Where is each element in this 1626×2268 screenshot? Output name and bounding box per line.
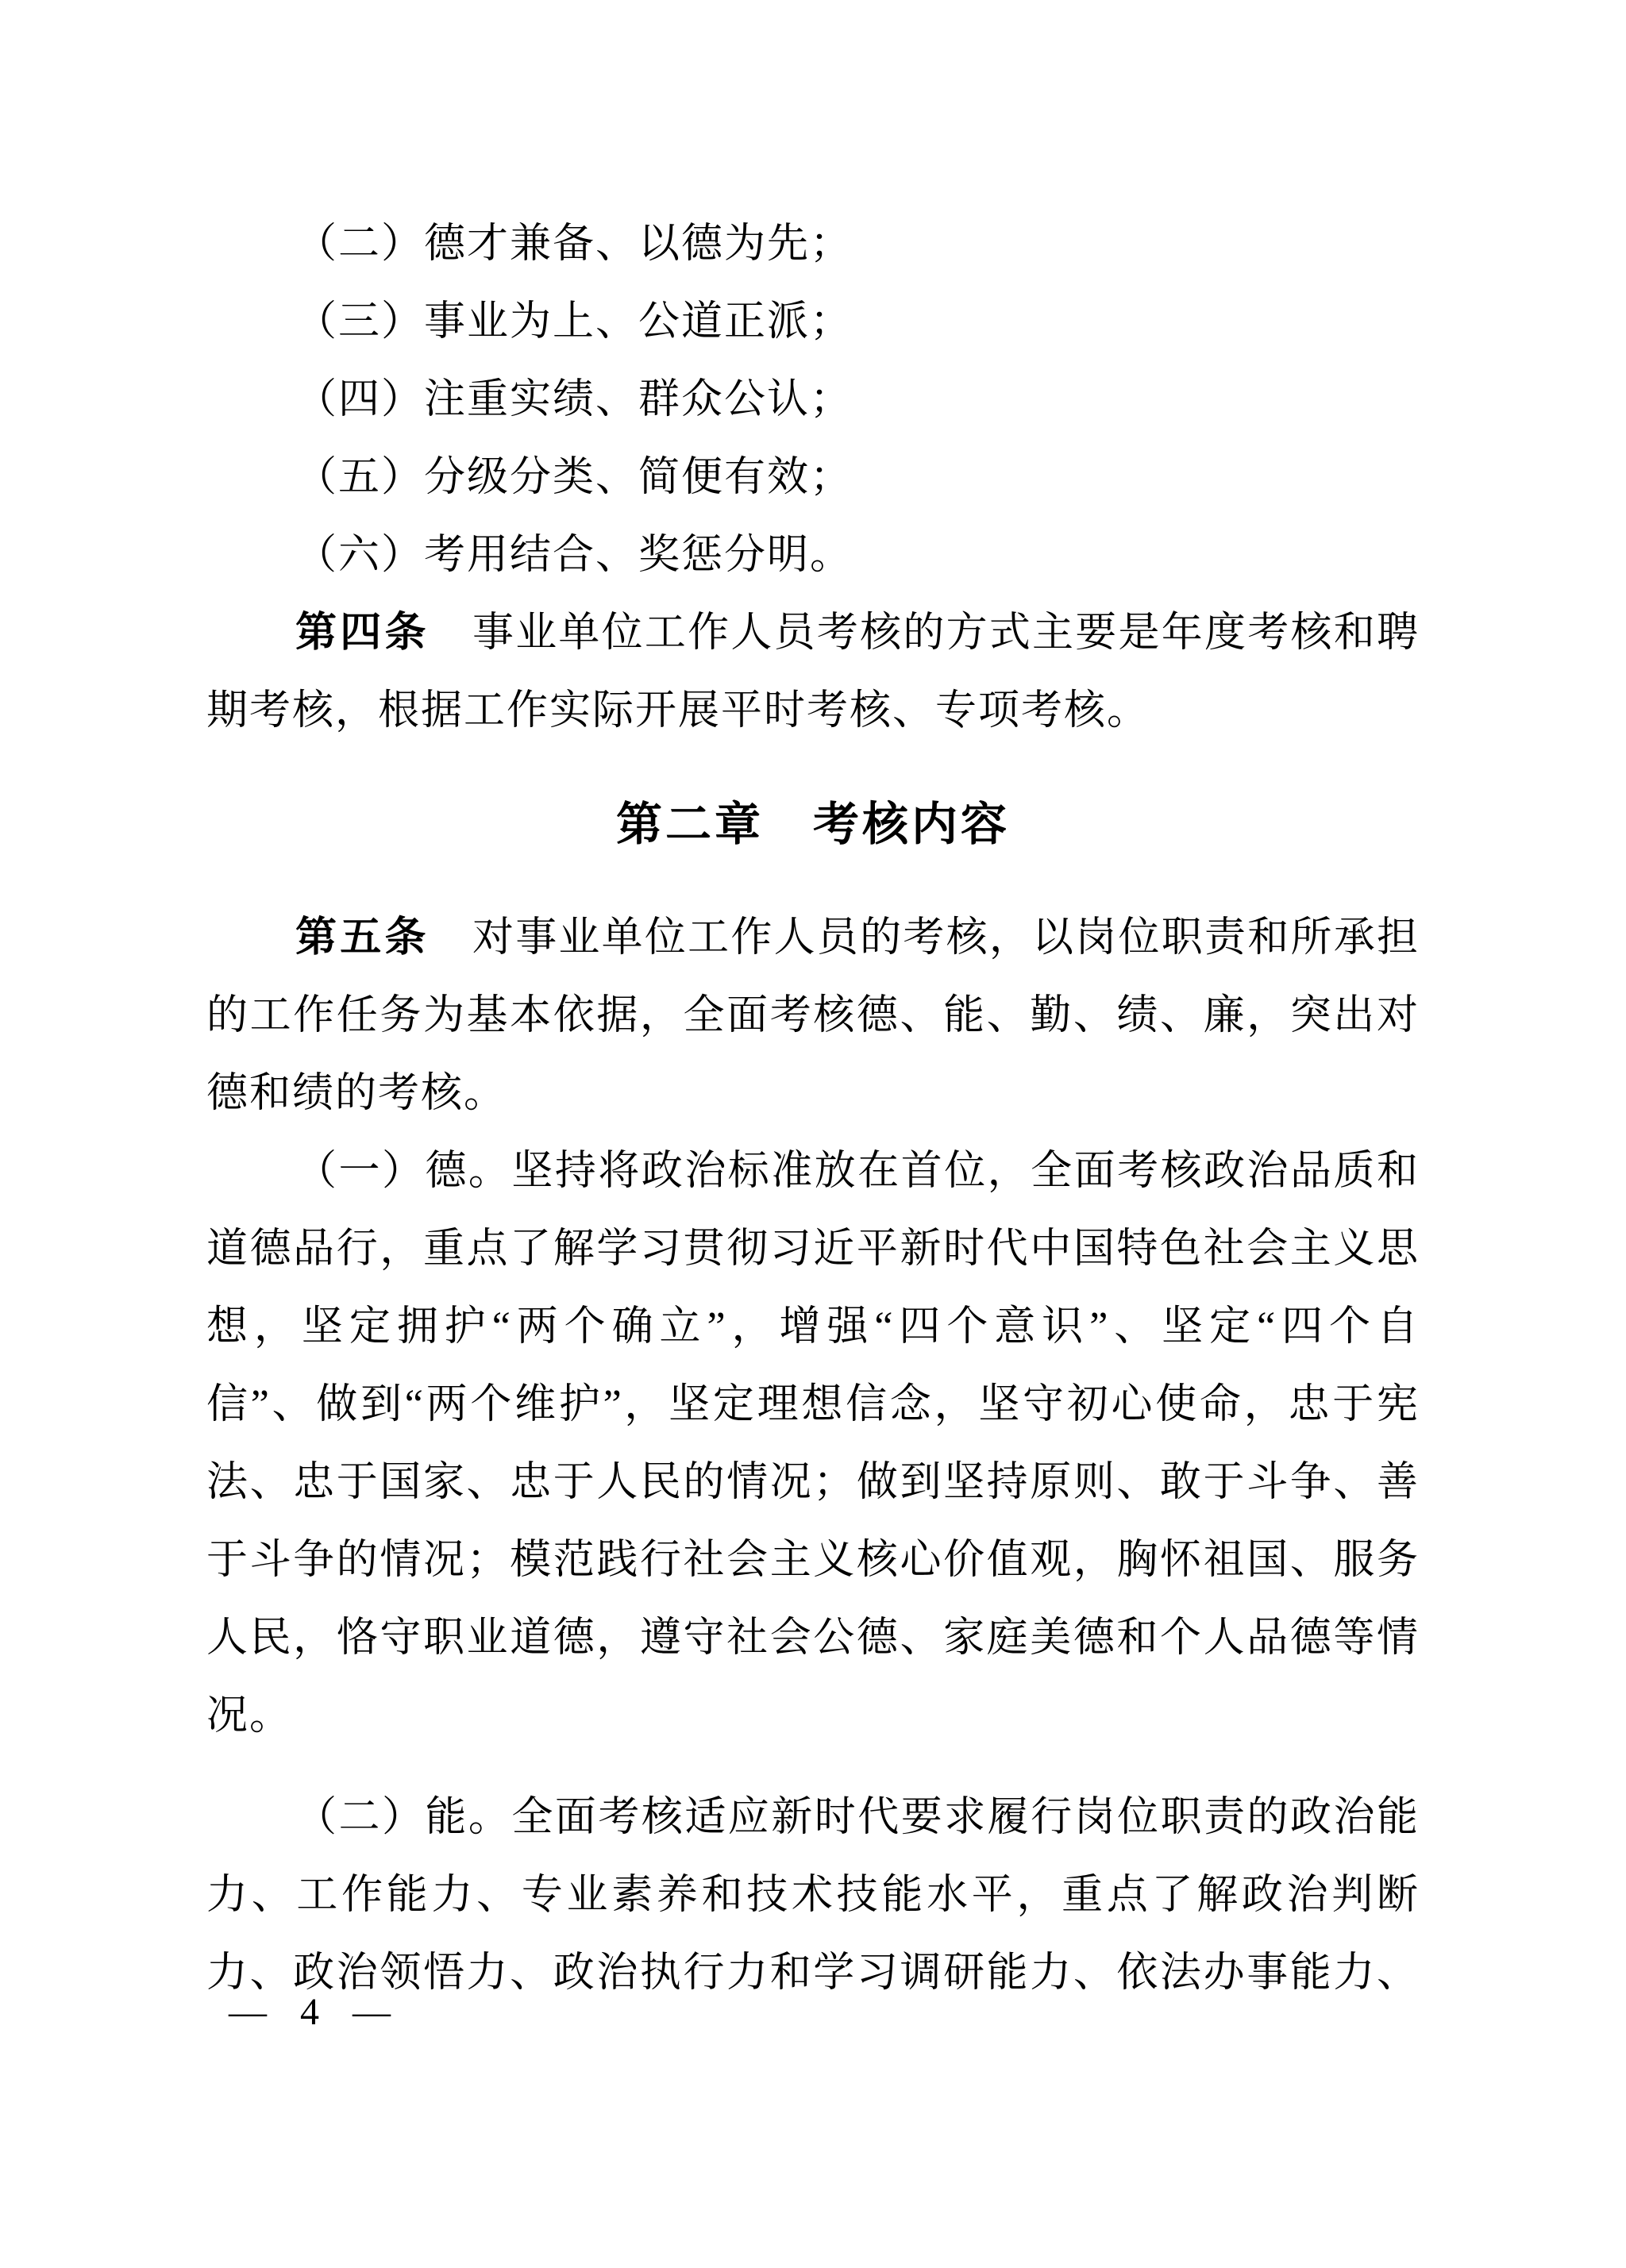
text-line: 德和绩的考核。 (206, 1055, 1420, 1133)
text-line: 力、工作能力、专业素养和技术技能水平，重点了解政治判断 (206, 1857, 1420, 1935)
text-line: 想，坚定拥护“两个确立”，增强“四个意识”、坚定“四个自 (206, 1288, 1420, 1366)
text-line: （六）考用结合、奖惩分明。 (206, 517, 1420, 595)
text-line: 的工作任务为基本依据，全面考核德、能、勤、绩、廉，突出对 (206, 977, 1420, 1055)
text-line: 信”、做到“两个维护”，坚定理想信念，坚守初心使命，忠于宪 (206, 1366, 1420, 1444)
text-line: 于斗争的情况；模范践行社会主义核心价值观，胸怀祖国、服务 (206, 1522, 1420, 1600)
text-line: （五）分级分类、简便有效； (206, 439, 1420, 517)
text-line: 况。 (206, 1677, 1420, 1755)
text-line: 法、忠于国家、忠于人民的情况；做到坚持原则、敢于斗争、善 (206, 1444, 1420, 1522)
footer-dash-left: — (229, 1989, 267, 2036)
text-line: （二）德才兼备、以德为先； (206, 206, 1420, 283)
text-line: （四）注重实绩、群众公认； (206, 361, 1420, 439)
text-line: 道德品行，重点了解学习贯彻习近平新时代中国特色社会主义思 (206, 1211, 1420, 1288)
text-line: 第五条 对事业单位工作人员的考核，以岗位职责和所承担 (206, 899, 1420, 977)
line-text: 对事业单位工作人员的考核，以岗位职责和所承担 (430, 915, 1420, 961)
page-number: 4 (300, 1989, 319, 2036)
article-number: 第五条 (295, 915, 430, 961)
text-line: （三）事业为上、公道正派； (206, 283, 1420, 361)
line-text: 事业单位工作人员考核的方式主要是年度考核和聘 (430, 610, 1420, 656)
text-line: 第四条 事业单位工作人员考核的方式主要是年度考核和聘 (206, 595, 1420, 672)
article-number: 第四条 (295, 610, 430, 656)
document-body: （二）德才兼备、以德为先；（三）事业为上、公道正派；（四）注重实绩、群众公认；（… (206, 206, 1420, 2012)
text-line: 人民，恪守职业道德，遵守社会公德、家庭美德和个人品德等情 (206, 1600, 1420, 1677)
text-line: （二）能。全面考核适应新时代要求履行岗位职责的政治能 (206, 1779, 1420, 1857)
footer-dash-right: — (353, 1989, 391, 2036)
text-line: （一）德。坚持将政治标准放在首位，全面考核政治品质和 (206, 1133, 1420, 1211)
chapter-heading: 第二章 考核内容 (206, 786, 1420, 864)
text-line: 期考核，根据工作实际开展平时考核、专项考核。 (206, 672, 1420, 750)
page-footer: — 4 — (229, 1989, 391, 2036)
